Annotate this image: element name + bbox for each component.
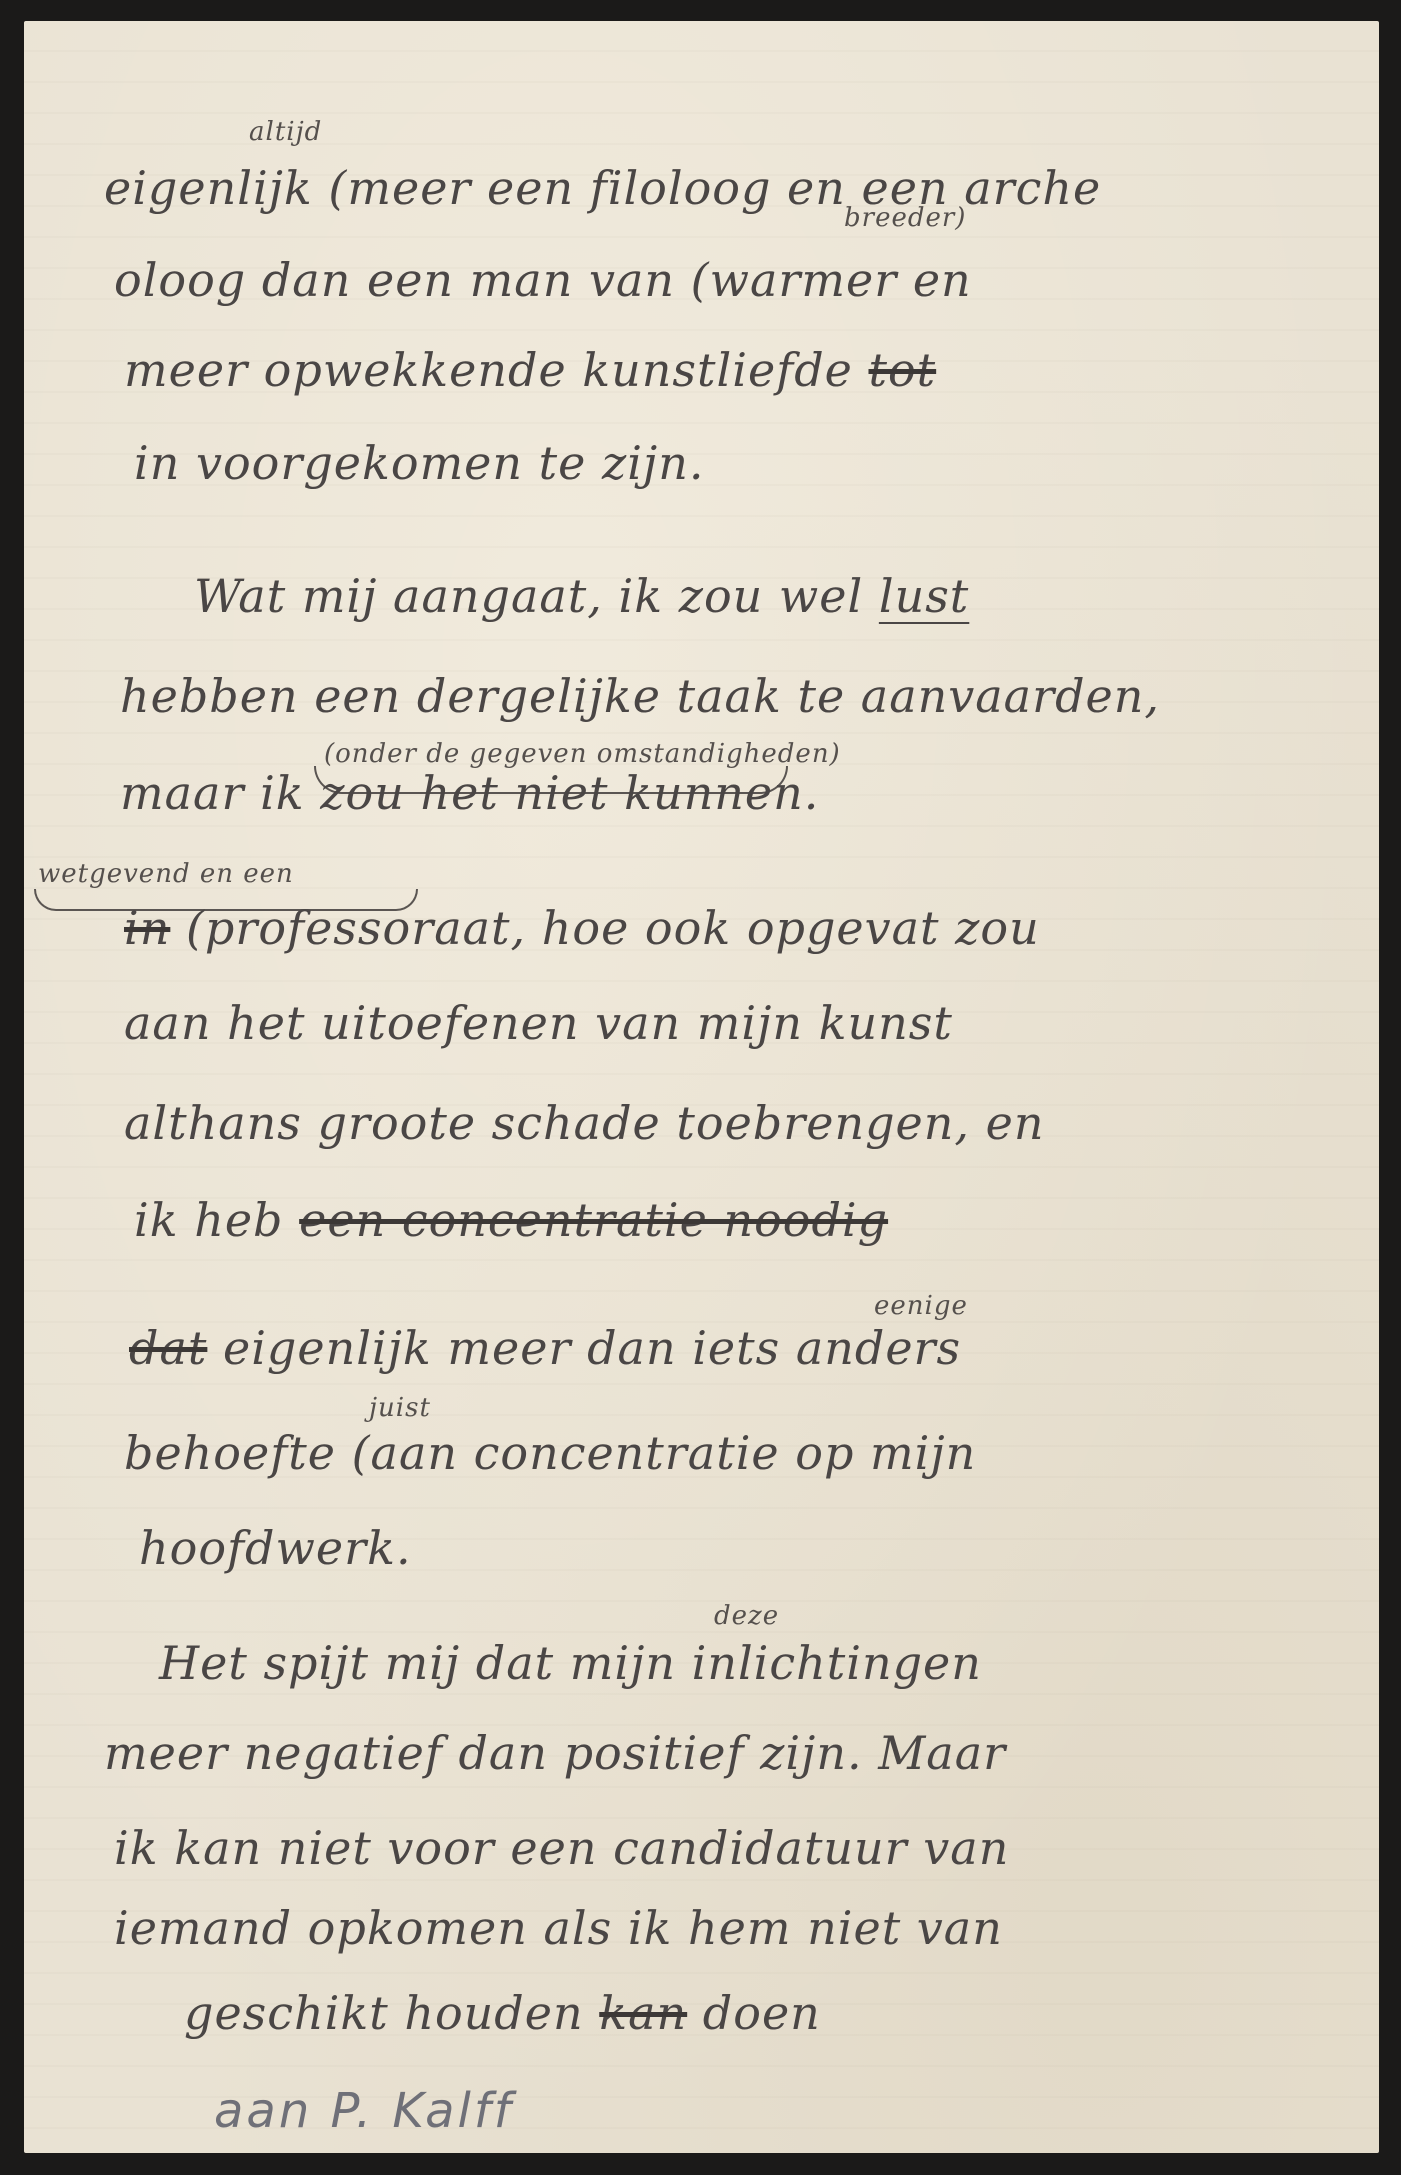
- text-line-8: in (professoraat, hoe ook opgevat zou: [124, 901, 1040, 955]
- text-line-2: oloog dan een man van (warmer en: [114, 253, 972, 307]
- struck-word: dat: [129, 1321, 207, 1375]
- line-text: geschikt houden: [184, 1986, 584, 2040]
- line-text: doen: [703, 1986, 821, 2040]
- struck-word: kan: [599, 1986, 687, 2040]
- line-text: (professoraat, hoe ook opgevat zou: [186, 901, 1040, 955]
- text-line-7: maar ik zou het niet kunnen.: [120, 766, 819, 820]
- text-line-5: Wat mij aangaat, ik zou wel lust: [194, 569, 969, 623]
- text-line-3: meer opwekkende kunstliefde tot: [124, 343, 936, 397]
- text-line-18: iemand opkomen als ik hem niet van: [114, 1901, 1003, 1955]
- line-text: Wat mij aangaat, ik zou wel: [194, 569, 863, 623]
- underlined-word: lust: [879, 569, 969, 623]
- text-line-19: geschikt houden kan doen: [184, 1986, 821, 2040]
- line-text: ik heb: [134, 1193, 284, 1247]
- interlinear-insertion: altijd: [249, 117, 322, 147]
- text-line-6: hebben een dergelijke taak te aanvaarden…: [120, 669, 1160, 723]
- struck-word: in: [124, 901, 170, 955]
- line-text: Het spijt mij dat: [159, 1636, 554, 1690]
- text-line-10: althans groote schade toebrengen, en: [124, 1096, 1044, 1150]
- pencil-annotation: aan P. Kalff: [214, 2083, 514, 2139]
- line-text: mijn inlichtingen: [570, 1636, 982, 1690]
- interlinear-insertion: deze: [714, 1601, 779, 1631]
- text-line-14: hoofdwerk.: [139, 1521, 412, 1575]
- text-line-11: ik heb een concentratie noodig: [134, 1193, 888, 1247]
- text-line-16: meer negatief dan positief zijn. Maar: [104, 1726, 1006, 1780]
- interlinear-insertion: wetgevend en een: [38, 859, 294, 889]
- interlinear-insertion: (onder de gegeven omstandigheden): [324, 739, 841, 769]
- letter-page: altijd eigenlijk (meer een filoloog en e…: [24, 21, 1379, 2153]
- text-line-17: ik kan niet voor een candidatuur van: [114, 1821, 1009, 1875]
- text-line-15: Het spijt mij dat mijn inlichtingen: [159, 1636, 982, 1690]
- text-line-4: in voorgekomen te zijn.: [134, 436, 704, 490]
- text-line-13: behoefte (aan concentratie op mijn: [124, 1426, 976, 1480]
- interlinear-insertion: eenige: [874, 1291, 968, 1321]
- line-text: meer opwekkende kunstliefde: [124, 343, 853, 397]
- struck-phrase: een concentratie noodig: [299, 1193, 888, 1247]
- text-line-9: aan het uitoefenen van mijn kunst: [124, 996, 953, 1050]
- text-line-12: dat eigenlijk meer dan iets anders: [129, 1321, 961, 1375]
- struck-word: tot: [868, 343, 936, 397]
- line-text: eigenlijk meer dan iets anders: [223, 1321, 961, 1375]
- interlinear-insertion: breeder): [844, 203, 966, 233]
- interlinear-insertion: juist: [369, 1393, 431, 1423]
